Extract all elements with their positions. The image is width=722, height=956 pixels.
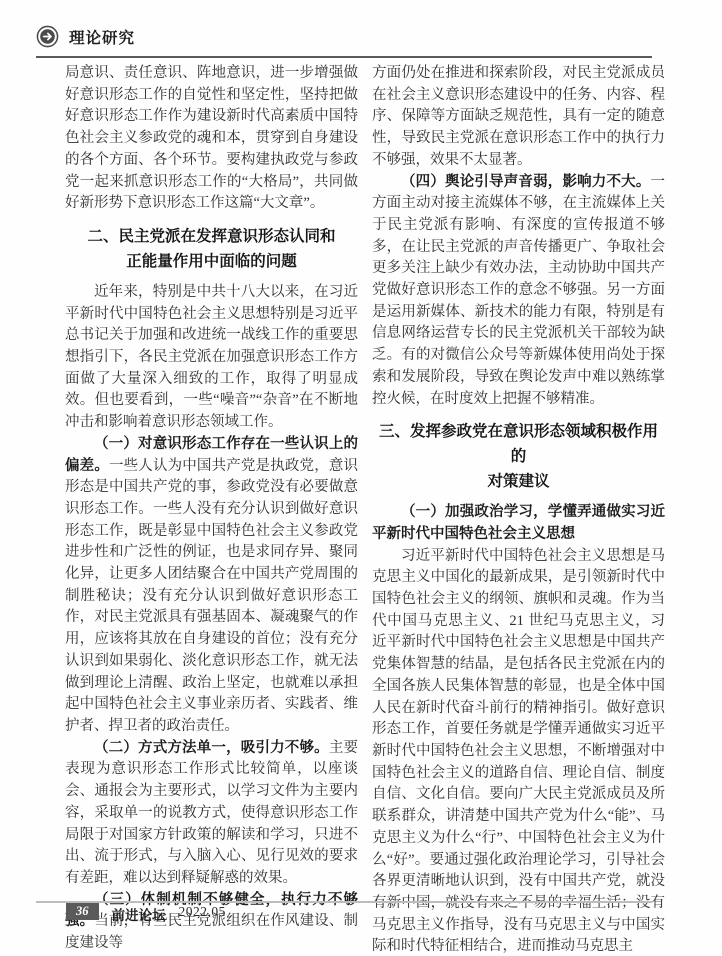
- paragraph-continuation: 局意识、责任意识、阵地意识，进一步增强做好意识形态工作的自觉性和坚定性，坚持把做…: [65, 63, 358, 215]
- arrow-right-circle-icon: [36, 25, 59, 48]
- section-heading-2: 二、民主党派在发挥意识形态认同和 正能量作用中面临的问题: [65, 224, 358, 274]
- article-body: 局意识、责任意识、阵地意识，进一步增强做好意识形态工作的自觉性和坚定性，坚持把做…: [65, 63, 665, 956]
- paragraph-continuation-right: 方面仍处在推进和探索阶段，对民主党派成员在社会主义意识形态建设中的任务、内容、程…: [372, 63, 665, 172]
- paragraph-item-2-body: 主要表现为意识形态工作形式比较简单，以座谈会、通报会为主要形式，以学习文件为主要…: [65, 740, 358, 886]
- section-heading-2-line2: 正能量作用中面临的问题: [65, 249, 358, 274]
- footer-row: 36 前进论坛 2022.05: [36, 903, 652, 924]
- paragraph-item-2: （二）方式方法单一，吸引力不够。主要表现为意识形态工作形式比较简单，以座谈会、通…: [65, 738, 358, 890]
- page-footer: 36 前进论坛 2022.05: [36, 901, 652, 924]
- right-column: 方面仍处在推进和探索阶段，对民主党派成员在社会主义意识形态建设中的任务、内容、程…: [372, 63, 665, 956]
- section-heading-3-line1: 三、发挥参政党在意识形态领域积极作用的: [372, 419, 665, 469]
- paragraph-item-4-body: 一方面主动对接主流媒体不够，在主流媒体上关于民主党派有影响、有深度的宣传报道不够…: [372, 174, 665, 407]
- paragraph-recent-years: 近年来，特别是中共十八大以来，在习近平新时代中国特色社会主义思想特别是习近平总书…: [65, 282, 358, 434]
- paragraph-item-2-lead: （二）方式方法单一，吸引力不够。: [94, 740, 329, 756]
- left-column: 局意识、责任意识、阵地意识，进一步增强做好意识形态工作的自觉性和坚定性，坚持把做…: [65, 63, 358, 956]
- journal-name: 前进论坛: [112, 904, 166, 924]
- paragraph-item-4: （四）舆论引导声音弱，影响力不大。一方面主动对接主流媒体不够，在主流媒体上关于民…: [372, 172, 665, 411]
- section-label: 理论研究: [69, 26, 135, 48]
- page-header: 理论研究: [36, 25, 652, 58]
- section-heading-3-line2: 对策建议: [372, 469, 665, 494]
- issue-number: 2022.05: [179, 904, 226, 920]
- paragraph-item-4-lead: （四）舆论引导声音弱，影响力不大。: [401, 174, 651, 190]
- paragraph-item-1-body: 一些人认为中国共产党是执政党，意识形态是中国共产党的事，参政党没有必要做意识形态…: [65, 458, 358, 734]
- subsection-heading-1: （一）加强政治学习，学懂弄通做实习近平新时代中国特色社会主义思想: [372, 502, 665, 545]
- paragraph-item-1: （一）对意识形态工作存在一些认识上的偏差。一些人认为中国共产党是执政党，意识形态…: [65, 434, 358, 738]
- page-number-badge: 36: [66, 903, 99, 920]
- section-heading-2-line1: 二、民主党派在发挥意识形态认同和: [65, 224, 358, 249]
- section-heading-3: 三、发挥参政党在意识形态领域积极作用的 对策建议: [372, 419, 665, 494]
- journal-page: 理论研究 局意识、责任意识、阵地意识，进一步增强做好意识形态工作的自觉性和坚定性…: [0, 0, 722, 956]
- paragraph-thought: 习近平新时代中国特色社会主义思想是马克思主义中国化的最新成果，是引领新时代中国特…: [372, 546, 665, 956]
